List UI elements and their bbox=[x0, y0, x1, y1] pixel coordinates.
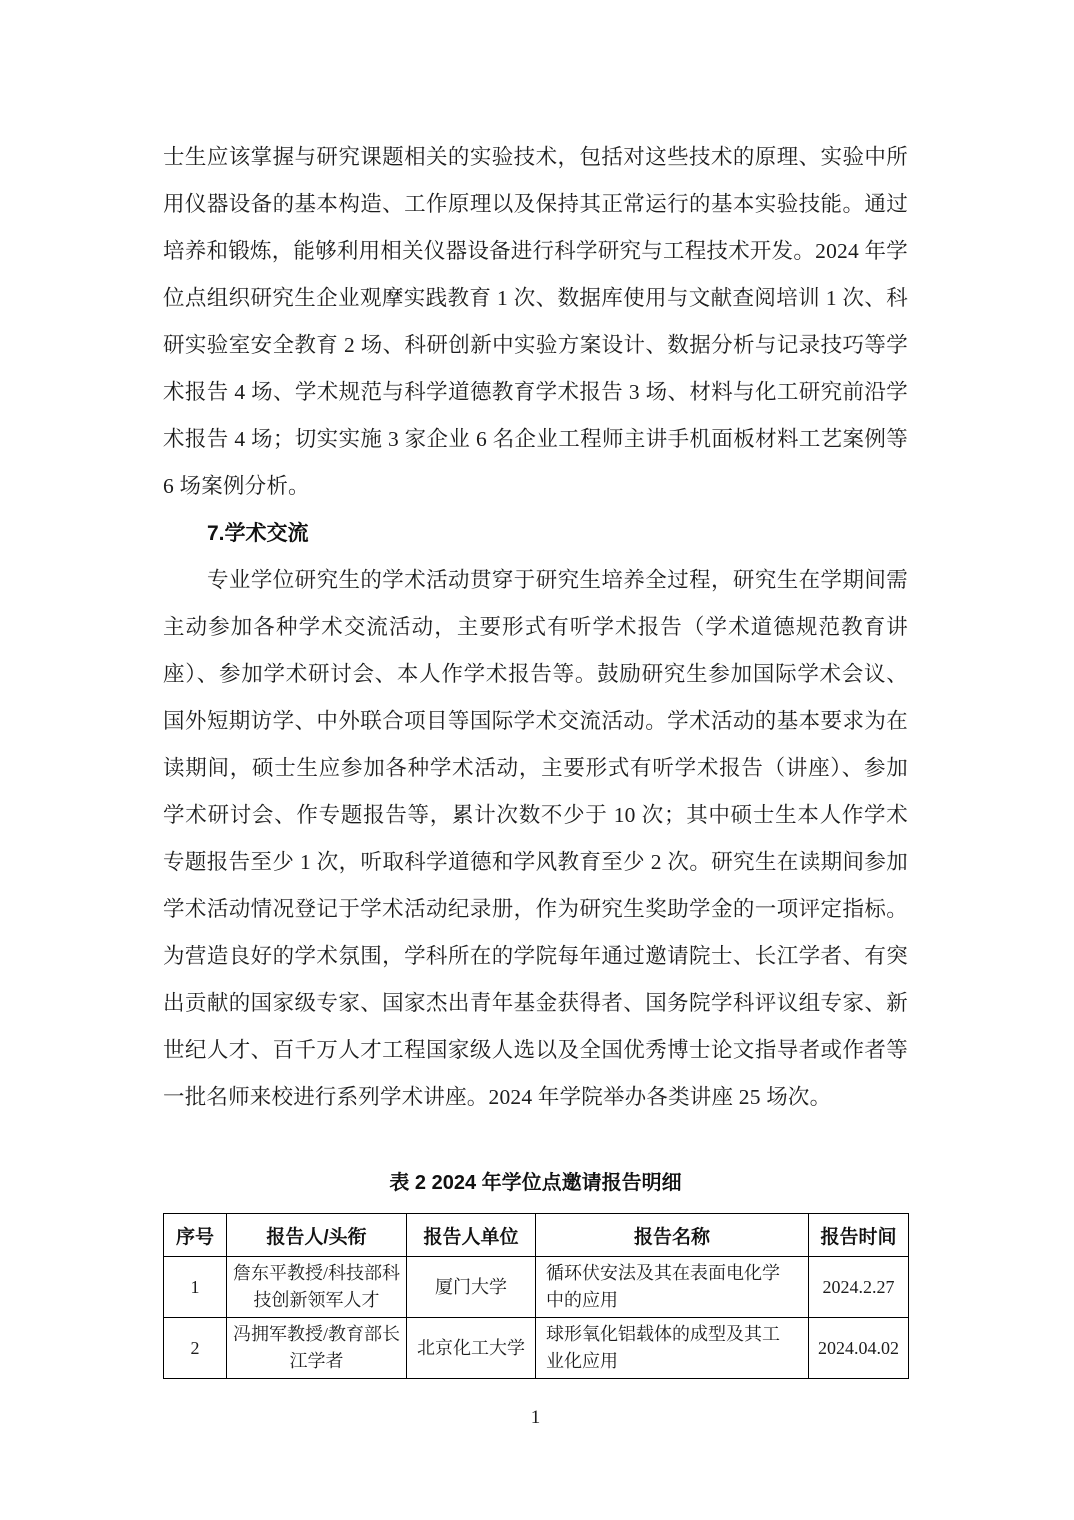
cell-unit: 北京化工大学 bbox=[407, 1318, 536, 1379]
cell-no: 2 bbox=[164, 1318, 227, 1379]
section-paragraph: 专业学位研究生的学术活动贯穿于研究生培养全过程，研究生在学期间需主动参加各种学术… bbox=[163, 557, 908, 1121]
table-row: 1 詹东平教授/科技部科技创新领军人才 厦门大学 循环伏安法及其在表面电化学中的… bbox=[164, 1257, 909, 1318]
cell-no: 1 bbox=[164, 1257, 227, 1318]
table-caption: 表 2 2024 年学位点邀请报告明细 bbox=[163, 1167, 908, 1200]
cell-speaker: 詹东平教授/科技部科技创新领军人才 bbox=[227, 1257, 407, 1318]
header-cell-speaker: 报告人/头衔 bbox=[227, 1214, 407, 1257]
table-header-row: 序号 报告人/头衔 报告人单位 报告名称 报告时间 bbox=[164, 1214, 909, 1257]
cell-report-title: 球形氧化铝载体的成型及其工业化应用 bbox=[536, 1318, 809, 1379]
header-cell-unit: 报告人单位 bbox=[407, 1214, 536, 1257]
section-heading-academic-exchange: 7.学术交流 bbox=[163, 510, 908, 557]
cell-date: 2024.04.02 bbox=[809, 1318, 909, 1379]
document-page: 士生应该掌握与研究课题相关的实验技术，包括对这些技术的原理、实验中所用仪器设备的… bbox=[0, 0, 1074, 1520]
cell-report-title: 循环伏安法及其在表面电化学中的应用 bbox=[536, 1257, 809, 1318]
cell-date: 2024.2.27 bbox=[809, 1257, 909, 1318]
paragraph-continuation: 士生应该掌握与研究课题相关的实验技术，包括对这些技术的原理、实验中所用仪器设备的… bbox=[163, 134, 908, 510]
reports-table: 序号 报告人/头衔 报告人单位 报告名称 报告时间 1 詹东平教授/科技部科技创… bbox=[163, 1213, 909, 1379]
header-cell-title: 报告名称 bbox=[536, 1214, 809, 1257]
page-number: 1 bbox=[163, 1403, 908, 1433]
header-cell-date: 报告时间 bbox=[809, 1214, 909, 1257]
table-row: 2 冯拥军教授/教育部长江学者 北京化工大学 球形氧化铝载体的成型及其工业化应用… bbox=[164, 1318, 909, 1379]
cell-unit: 厦门大学 bbox=[407, 1257, 536, 1318]
cell-speaker: 冯拥军教授/教育部长江学者 bbox=[227, 1318, 407, 1379]
header-cell-no: 序号 bbox=[164, 1214, 227, 1257]
